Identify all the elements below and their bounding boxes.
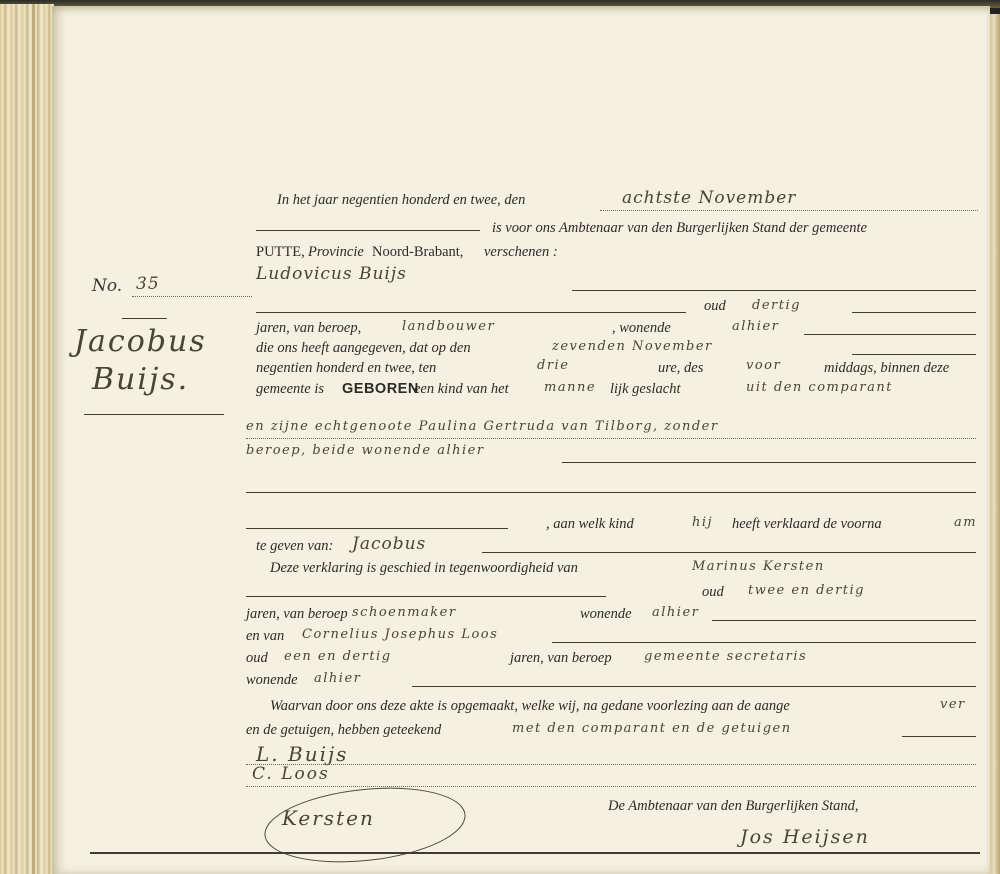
hw-child-name: Jacobus — [352, 534, 426, 554]
margin-name-last: Buijs. — [92, 362, 189, 397]
rule — [562, 462, 976, 463]
hw-hour: drie — [537, 358, 569, 373]
text-kind: een kind van het — [414, 381, 509, 398]
rule — [256, 230, 480, 231]
text-ure: ure, des — [658, 360, 703, 377]
register-number: 35 — [136, 274, 160, 294]
hw-signed-with: met den comparant en de getuigen — [512, 721, 792, 736]
text-verklaard: heeft verklaard de voorna — [732, 516, 882, 533]
closing-rule — [90, 852, 980, 854]
text-provincie: Provincie — [308, 244, 364, 261]
text-getuigen: en de getuigen, hebben geteekend — [246, 722, 441, 739]
text-putte: PUTTE, — [256, 244, 305, 261]
rule — [246, 492, 976, 493]
hw-residence: alhier — [732, 319, 779, 334]
text-noord-brabant: Noord-Brabant, — [372, 244, 463, 261]
rule — [804, 334, 976, 335]
text-ambtenaar: is voor ons Ambtenaar van den Burgerlijk… — [492, 220, 867, 237]
hw-birth-date: zevenden November — [552, 339, 713, 354]
official-signature: Jos Heijsen — [740, 826, 870, 848]
text-gemeente: gemeente is — [256, 381, 324, 398]
signature-witness2: C. Loos — [252, 764, 330, 784]
text-en-van: en van — [246, 628, 284, 645]
rule — [256, 312, 686, 313]
text-beroep-3: jaren, van beroep — [510, 650, 612, 667]
hw-witness2-occupation: gemeente secretaris — [644, 649, 807, 664]
rule — [902, 736, 976, 737]
text-beroep: jaren, van beroep, — [256, 320, 361, 337]
text-wonende-2: wonende — [580, 606, 632, 623]
rule — [852, 354, 976, 355]
margin-underline — [84, 414, 224, 415]
hw-witness1-occupation: schoenmaker — [352, 605, 457, 620]
hw-sex: manne — [544, 380, 596, 395]
text-wonende-3: wonende — [246, 672, 298, 689]
hw-mother: en zijne echtgenoote Paulina Gertruda va… — [246, 419, 719, 434]
page-stack-edges — [0, 4, 54, 874]
text-oud: oud — [704, 298, 726, 315]
rule — [246, 596, 606, 597]
hw-witness1-residence: alhier — [652, 605, 699, 620]
text-negentien: negentien honderd en twee, ten — [256, 360, 436, 377]
hw-hij: hij — [692, 515, 713, 530]
text-verschenen: verschenen : — [484, 244, 558, 261]
rule — [552, 642, 976, 643]
text-oud-2: oud — [702, 584, 724, 601]
signature-witness1: Kersten — [282, 806, 375, 830]
dotted-rule — [246, 764, 976, 765]
dotted-rule — [132, 296, 252, 297]
text-geboren: GEBOREN — [342, 381, 419, 397]
hw-age: dertig — [752, 298, 801, 313]
margin-rule — [122, 318, 167, 319]
rule — [572, 290, 976, 291]
dotted-rule — [600, 210, 978, 211]
signature-declarant: L. Buijs — [256, 742, 348, 766]
hw-declarant-name: Ludovicus Buijs — [256, 264, 407, 284]
hw-ver: ver — [940, 697, 966, 712]
text-verklaring: Deze verklaring is geschied in tegenwoor… — [270, 560, 578, 577]
rule — [712, 620, 976, 621]
hw-am: am — [954, 515, 977, 530]
hw-witness2: Cornelius Josephus Loos — [302, 627, 498, 642]
certificate-page: No. 35 Jacobus Buijs. In het jaar negent… — [52, 6, 990, 874]
hw-father: uit den comparant — [746, 380, 893, 395]
hw-witness1-age: twee en dertig — [748, 583, 865, 598]
text-beroep-2: jaren, van beroep — [246, 606, 348, 623]
text-oud-3: oud — [246, 650, 268, 667]
dotted-rule — [246, 786, 976, 787]
rule — [412, 686, 976, 687]
hw-witness2-residence: alhier — [314, 671, 361, 686]
dotted-rule — [246, 438, 976, 439]
text-wonende: , wonende — [612, 320, 671, 337]
text-geslacht: lijk geslacht — [610, 381, 680, 398]
text-te-geven: te geven van: — [256, 538, 333, 555]
hw-witness2-age: een en dertig — [284, 649, 392, 664]
rule — [246, 528, 508, 529]
text-welk-kind: , aan welk kind — [546, 516, 634, 533]
hw-date: achtste November — [622, 188, 796, 208]
register-number-label: No. — [92, 276, 122, 296]
hw-occupation: landbouwer — [402, 319, 495, 334]
rule — [482, 552, 976, 553]
text-year: In het jaar negentien honderd en twee, d… — [277, 192, 525, 209]
text-middags: middags, binnen deze — [824, 360, 949, 377]
text-aangegeven: die ons heeft aangegeven, dat op den — [256, 340, 471, 357]
official-title: De Ambtenaar van den Burgerlijken Stand, — [608, 798, 858, 815]
register-book: No. 35 Jacobus Buijs. In het jaar negent… — [0, 0, 1000, 874]
hw-mother-occupation: beroep, beide wonende alhier — [246, 443, 485, 458]
margin-name-first: Jacobus — [74, 324, 207, 359]
hw-witness1: Marinus Kersten — [692, 559, 825, 574]
rule — [852, 312, 976, 313]
text-waarvan: Waarvan door ons deze akte is opgemaakt,… — [270, 698, 790, 715]
hw-voor: voor — [746, 358, 781, 373]
